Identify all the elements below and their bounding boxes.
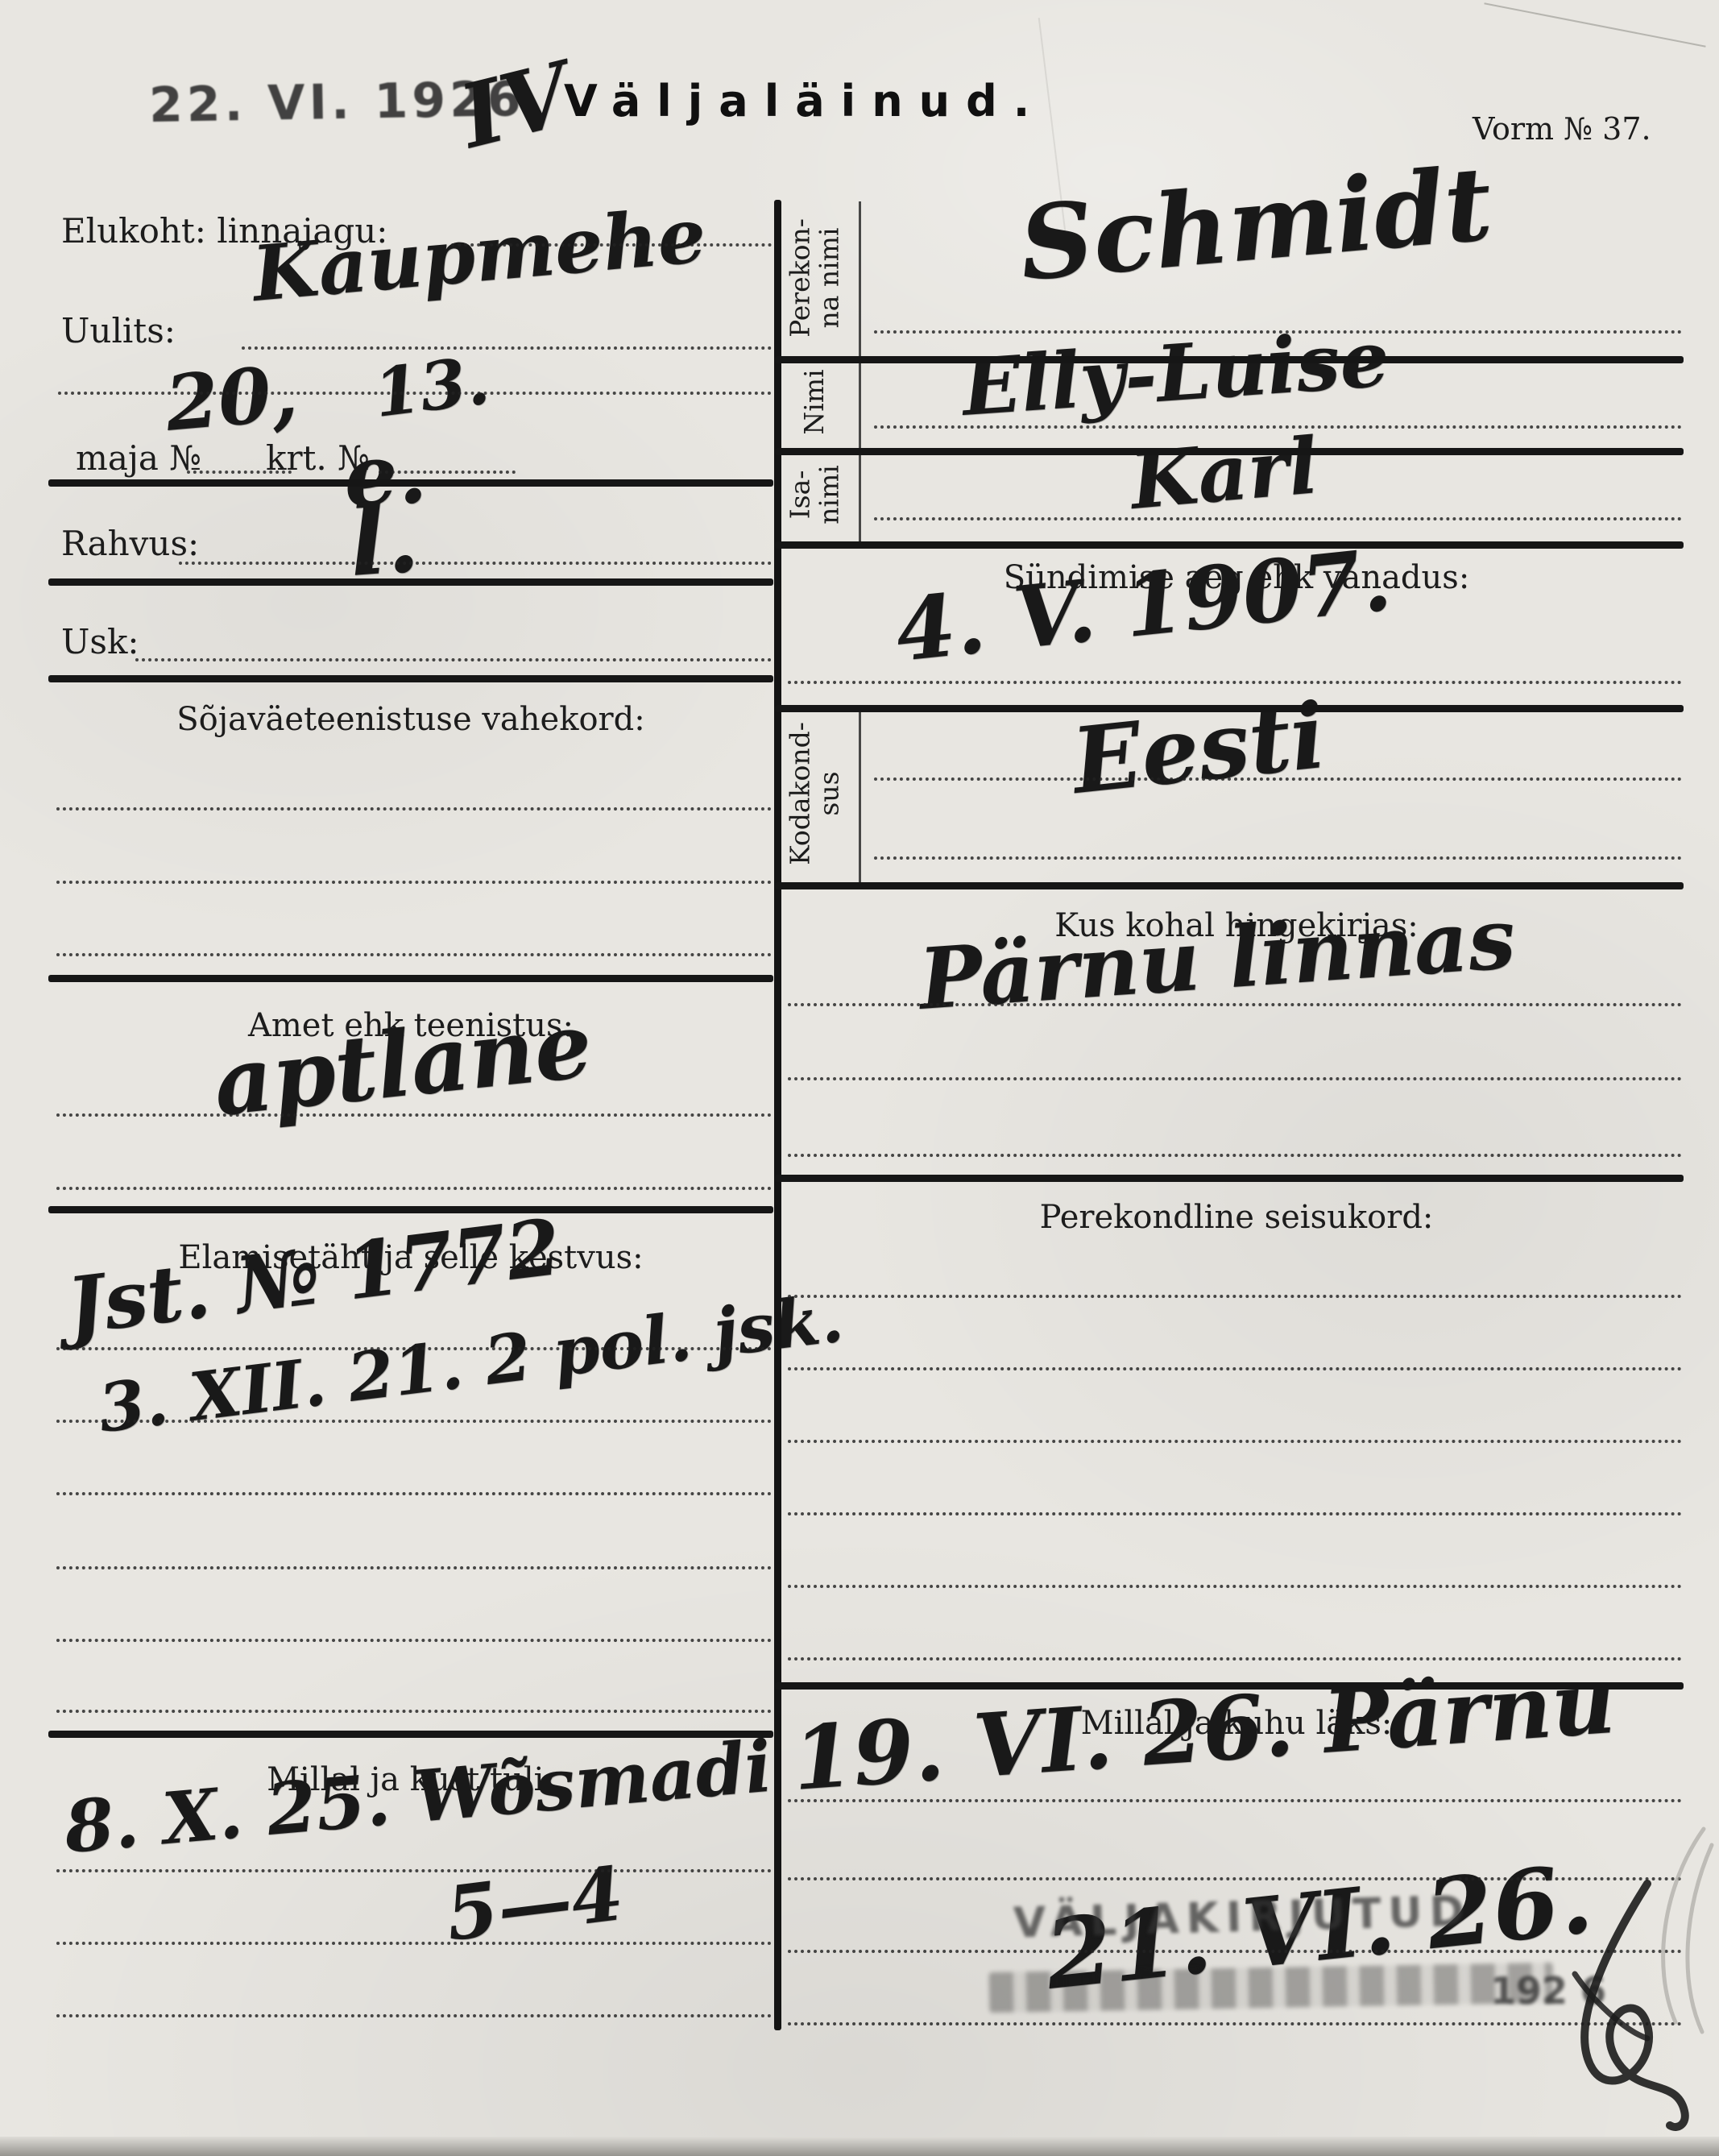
heading-family-status: Perekondline seisukord:: [785, 1199, 1688, 1236]
field-label-uulits: Uulits:: [61, 311, 176, 350]
handwritten-fathers-name: Karl: [1128, 427, 1321, 520]
dotted-line: [56, 1420, 772, 1423]
dotted-line: [56, 1566, 772, 1569]
dotted-line: [56, 1492, 772, 1495]
dotted-line: [874, 517, 1682, 520]
dotted-line: [788, 1512, 1682, 1515]
dotted-line: [788, 1585, 1682, 1588]
heading-military-service: Sõjaväeteenistuse vahekord:: [48, 701, 773, 738]
handwritten-surname: Schmidt: [1016, 152, 1496, 295]
dotted-line: [56, 953, 772, 956]
field-label-citizenship: Kodakond- sus: [772, 707, 857, 881]
dotted-line: [56, 1113, 772, 1117]
rule-thick: [48, 479, 773, 487]
dotted-line: [187, 471, 292, 474]
field-label-usk: Usk:: [61, 622, 139, 661]
dotted-line: [56, 2014, 772, 2017]
field-label-fathers-name: Isa- nimi: [772, 450, 857, 540]
handwritten-firstname: Elly-Luise: [959, 320, 1391, 427]
dotted-line: [874, 425, 1682, 429]
rule-thick: [48, 675, 773, 682]
dotted-line: [135, 658, 772, 661]
handwritten-house-no: 20,: [163, 355, 300, 442]
dotted-line: [56, 1347, 772, 1350]
form-title: Väljaläinud.: [564, 76, 1046, 126]
handwritten-departure: 19. VI. 26. Pärnu: [789, 1659, 1618, 1803]
registration-card: 22. VI. 1926 Väljaläinud. Vorm № 37. Elu…: [0, 0, 1719, 2156]
rule-thick: [775, 1175, 1684, 1182]
dotted-line: [788, 1799, 1682, 1802]
dotted-line: [788, 1440, 1682, 1443]
dotted-line: [58, 392, 772, 395]
dotted-line: [56, 1869, 772, 1872]
handwritten-arrival-line1: 8. X. 25. Wõsmadi: [61, 1731, 774, 1863]
handwritten-birth-date: 4. V. 1907.: [892, 537, 1395, 674]
dotted-line: [451, 243, 772, 247]
rule-thin: [859, 707, 861, 882]
rule-thick: [775, 541, 1684, 549]
rule-thick: [48, 1731, 773, 1738]
rule-thick: [775, 448, 1684, 455]
dotted-line: [56, 1639, 772, 1642]
rule-thick: [775, 1682, 1684, 1690]
dotted-line: [788, 1367, 1682, 1370]
dotted-line: [874, 856, 1682, 860]
rule-thin: [859, 450, 861, 541]
rule-thin: [859, 358, 861, 448]
form-number: Vorm № 37.: [1473, 111, 1651, 147]
dotted-line: [788, 1077, 1682, 1080]
dotted-line: [788, 1154, 1682, 1157]
handwritten-religion: l.: [346, 490, 422, 590]
paper-bottom-edge: [0, 2137, 1719, 2156]
rule-thick: [775, 705, 1684, 712]
dotted-line: [788, 1003, 1682, 1006]
dotted-line: [179, 562, 772, 565]
field-label-surname: Perekon- na nimi: [772, 201, 857, 354]
handwritten-district: IV: [453, 51, 578, 161]
handwritten-apartment-no: 13.: [371, 347, 493, 427]
rule-thin: [859, 201, 861, 356]
field-label-rahvus: Rahvus:: [61, 524, 199, 563]
dotted-line: [788, 1295, 1682, 1298]
dotted-line: [874, 330, 1682, 334]
dotted-line: [56, 1187, 772, 1190]
rule-thick: [775, 356, 1684, 363]
dotted-line: [56, 1710, 772, 1713]
paper-crease: [1484, 2, 1705, 47]
dotted-line: [874, 777, 1682, 781]
dotted-line: [379, 471, 516, 474]
rule-thick: [775, 882, 1684, 889]
dotted-line: [788, 681, 1682, 684]
dotted-line: [56, 807, 772, 811]
dotted-line: [56, 1942, 772, 1945]
dotted-line: [56, 881, 772, 884]
rule-thick: [48, 1206, 773, 1213]
pencil-mark: [1607, 1821, 1719, 2046]
dotted-line: [788, 1657, 1682, 1661]
field-label-firstname: Nimi: [772, 358, 857, 446]
rule-thick: [48, 975, 773, 982]
rule-thick: [48, 578, 773, 586]
dotted-line: [242, 346, 772, 350]
